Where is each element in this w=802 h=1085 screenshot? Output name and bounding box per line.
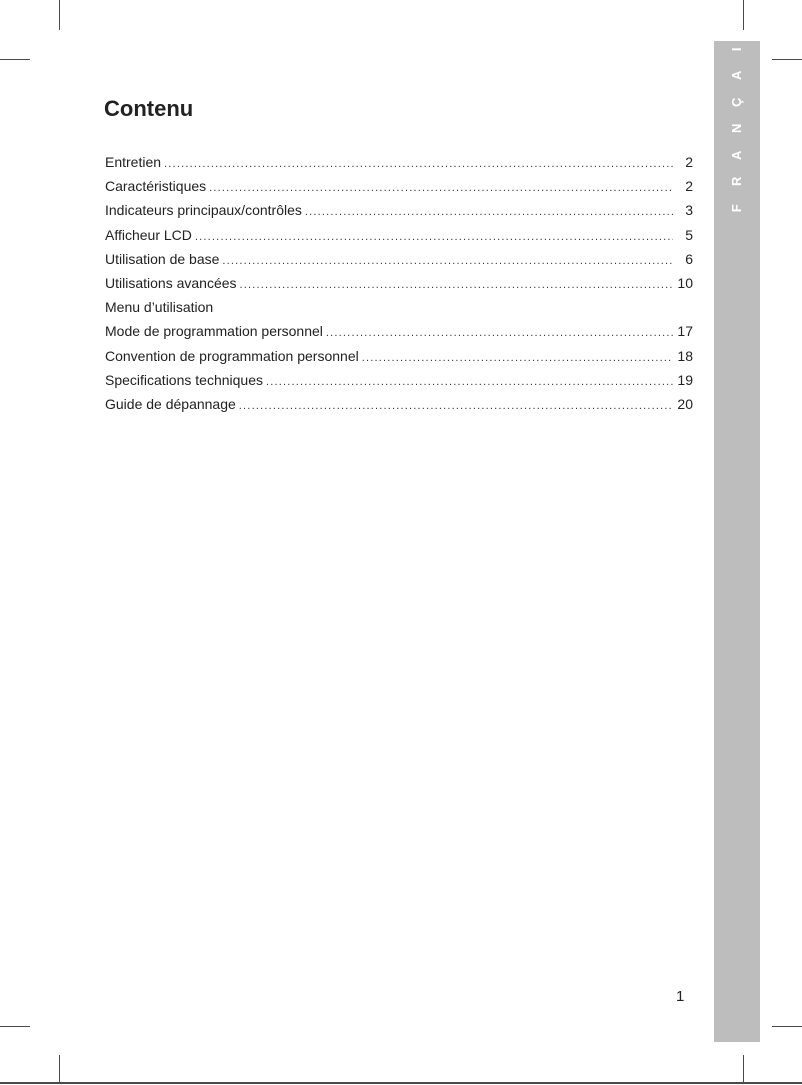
toc-leader-dots [240, 279, 673, 291]
toc-entry-page: 6 [675, 251, 693, 267]
table-of-contents: Entretien2Caractéristiques2Indicateurs p… [105, 154, 693, 420]
language-letter: I [724, 42, 751, 56]
crop-mark-top-right-vertical [743, 0, 744, 30]
toc-entry-page: 2 [675, 154, 693, 170]
toc-entry-label: Menu d’utilisation [105, 299, 213, 315]
toc-leader-dots [209, 182, 673, 194]
bottom-border-line [0, 1082, 802, 1084]
toc-entry[interactable]: Mode de programmation personnel17 [105, 323, 693, 347]
page-number: 1 [676, 988, 684, 1005]
toc-leader-dots [164, 158, 673, 170]
toc-entry[interactable]: Utilisations avancées10 [105, 275, 693, 299]
toc-entry-label: Guide de dépannage [105, 396, 236, 412]
toc-entry[interactable]: Indicateurs principaux/contrôles3 [105, 202, 693, 226]
crop-mark-bottom-right-vertical [743, 1055, 744, 1083]
toc-entry[interactable]: Entretien2 [105, 154, 693, 178]
crop-mark-top-left-vertical [59, 0, 60, 30]
toc-entry-label: Caractéristiques [105, 178, 206, 194]
toc-entry-label: Convention de programmation personnel [105, 348, 359, 364]
language-letter: N [724, 121, 751, 135]
toc-entry-label: Utilisation de base [105, 251, 219, 267]
toc-leader-dots [222, 255, 673, 267]
toc-entry-label: Entretien [105, 154, 161, 170]
toc-entry[interactable]: Utilisation de base6 [105, 251, 693, 275]
page-title: Contenu [104, 96, 193, 122]
toc-entry[interactable]: Caractéristiques2 [105, 178, 693, 202]
toc-entry-page: 20 [675, 396, 693, 412]
toc-entry-label: Specifications techniques [105, 372, 263, 388]
crop-mark-bottom-left-horizontal [0, 1026, 30, 1027]
toc-entry-label: Indicateurs principaux/contrôles [105, 202, 302, 218]
toc-entry-page: 3 [675, 202, 693, 218]
toc-leader-dots [305, 206, 673, 218]
toc-leader-dots [239, 400, 673, 412]
toc-entry[interactable]: Convention de programmation personnel18 [105, 348, 693, 372]
language-letter: A [724, 148, 751, 162]
language-tab-label: FRANÇAI [714, 41, 760, 221]
crop-mark-top-left-horizontal [0, 59, 30, 60]
toc-entry-page: 19 [675, 372, 693, 388]
toc-entry[interactable]: Menu d’utilisation [105, 299, 693, 323]
toc-entry-label: Utilisations avancées [105, 275, 237, 291]
toc-entry-page: 2 [675, 178, 693, 194]
crop-mark-bottom-left-vertical [59, 1055, 60, 1083]
language-letter: Ç [724, 95, 751, 109]
toc-entry-page: 18 [675, 348, 693, 364]
language-letter: R [724, 174, 751, 188]
toc-entry-page: 5 [675, 227, 693, 243]
language-letter: F [724, 201, 751, 215]
crop-mark-bottom-right-horizontal [772, 1026, 802, 1027]
toc-leader-dots [266, 376, 673, 388]
toc-entry-label: Mode de programmation personnel [105, 323, 323, 339]
crop-mark-top-right-horizontal [772, 59, 802, 60]
toc-leader-dots [362, 352, 673, 364]
toc-leader-dots [326, 327, 673, 339]
toc-entry[interactable]: Specifications techniques19 [105, 372, 693, 396]
toc-leader-dots [195, 231, 673, 243]
toc-entry[interactable]: Guide de dépannage20 [105, 396, 693, 420]
toc-entry-page: 17 [675, 323, 693, 339]
language-letter: A [724, 68, 751, 82]
toc-entry-label: Afficheur LCD [105, 227, 192, 243]
toc-entry-page: 10 [675, 275, 693, 291]
toc-entry[interactable]: Afficheur LCD5 [105, 227, 693, 251]
